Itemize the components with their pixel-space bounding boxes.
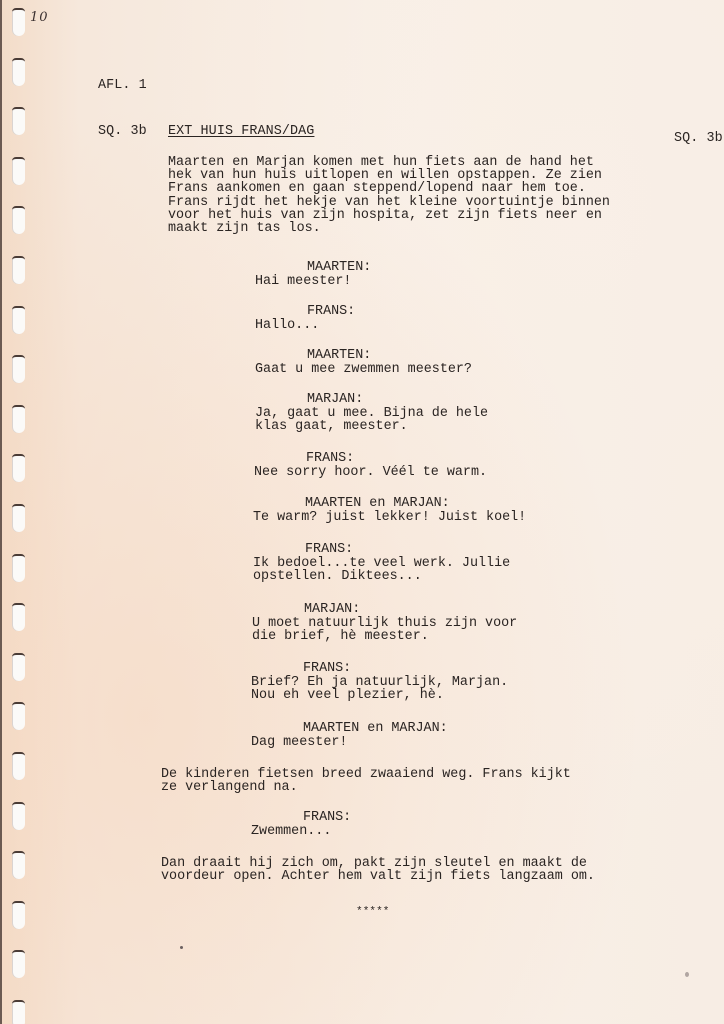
dialogue-line: Nee sorry hoor. Véél te warm.: [254, 466, 487, 479]
binding-holes: [0, 0, 40, 1024]
binding-hole: [12, 1000, 25, 1024]
speaker-name: FRANS:: [305, 543, 353, 556]
binding-hole: [12, 107, 25, 135]
action-paragraph-3: Dan draait hij zich om, pakt zijn sleute…: [161, 857, 595, 883]
action-paragraph-1: Maarten en Marjan komen met hun fiets aa…: [168, 156, 610, 235]
dialogue-line: Dag meester!: [251, 736, 347, 749]
episode-label: AFL. 1: [98, 79, 147, 92]
action-line: maakt zijn tas los.: [168, 222, 610, 235]
binding-hole: [12, 504, 25, 532]
action-line: Frans rijdt het hekje van het kleine voo…: [168, 196, 610, 209]
dialogue-line: Gaat u mee zwemmen meester?: [255, 363, 472, 376]
speaker-name: MARJAN:: [307, 393, 363, 406]
binding-hole: [12, 950, 25, 978]
speaker-name: FRANS:: [303, 662, 351, 675]
binding-hole: [12, 157, 25, 185]
binding-hole: [12, 355, 25, 383]
dialogue-line: Te warm? juist lekker! Juist koel!: [253, 511, 526, 524]
speaker-name: FRANS:: [306, 452, 354, 465]
action-line: ze verlangend na.: [161, 781, 571, 794]
binding-hole: [12, 702, 25, 730]
speaker-name: MAARTEN:: [307, 261, 371, 274]
dialogue-line: die brief, hè meester.: [252, 630, 429, 643]
binding-hole: [12, 901, 25, 929]
speaker-name: MAARTEN:: [307, 349, 371, 362]
binding-hole: [12, 306, 25, 334]
sequence-label-left: SQ. 3b: [98, 125, 147, 138]
script-page: 10 AFL. 1 SQ. 3b EXT HUIS FRANS/DAG SQ. …: [0, 0, 724, 1024]
dialogue-line: klas gaat, meester.: [255, 420, 408, 433]
speaker-name: MAARTEN en MARJAN:: [303, 722, 448, 735]
binding-hole: [12, 454, 25, 482]
binding-hole: [12, 653, 25, 681]
speaker-name: MARJAN:: [304, 603, 360, 616]
speaker-name: FRANS:: [307, 305, 355, 318]
binding-hole: [12, 851, 25, 879]
action-line: Frans aankomen en gaan steppend/lopend n…: [168, 182, 610, 195]
binding-hole: [12, 405, 25, 433]
handwritten-page-number: 10: [30, 10, 49, 25]
speaker-name: MAARTEN en MARJAN:: [305, 497, 450, 510]
paper-speck: [685, 972, 689, 977]
dialogue-line: opstellen. Diktees...: [253, 570, 422, 583]
binding-hole: [12, 256, 25, 284]
sequence-label-right: SQ. 3b: [674, 132, 723, 145]
end-marker: *****: [356, 906, 390, 919]
paper-speck: [180, 946, 183, 949]
action-line: voordeur open. Achter hem valt zijn fiet…: [161, 870, 595, 883]
binding-hole: [12, 603, 25, 631]
binding-hole: [12, 752, 25, 780]
action-paragraph-2: De kinderen fietsen breed zwaaiend weg. …: [161, 768, 571, 794]
binding-hole: [12, 554, 25, 582]
binding-hole: [12, 802, 25, 830]
binding-hole: [12, 58, 25, 86]
dialogue-line: Hai meester!: [255, 275, 351, 288]
binding-hole: [12, 206, 25, 234]
speaker-name: FRANS:: [303, 811, 351, 824]
dialogue-line: Hallo...: [255, 319, 319, 332]
dialogue-line: Zwemmen...: [251, 825, 331, 838]
scene-heading: EXT HUIS FRANS/DAG: [168, 125, 314, 138]
binding-hole: [12, 8, 25, 36]
dialogue-line: Nou eh veel plezier, hè.: [251, 689, 444, 702]
